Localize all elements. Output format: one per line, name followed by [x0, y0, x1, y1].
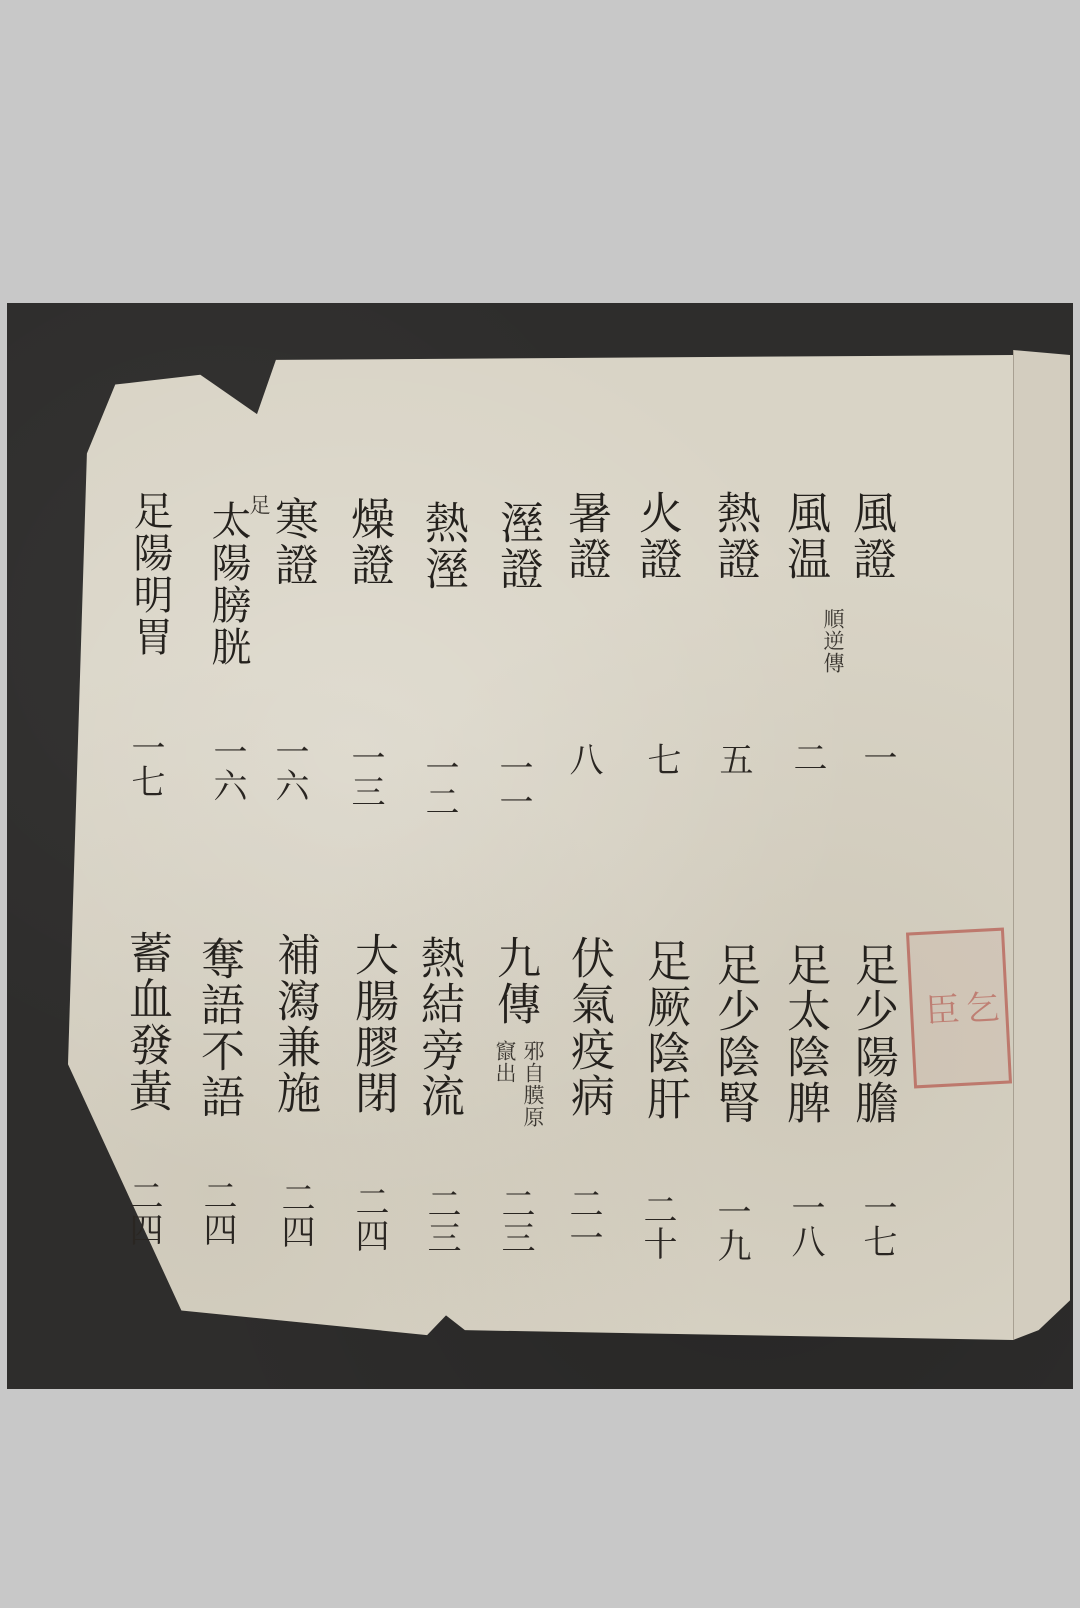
seal-character: 乞: [961, 989, 997, 1025]
toc-page-number: 二三: [498, 1186, 532, 1254]
toc-entry-title: 足少陰腎: [712, 942, 756, 1126]
toc-entry-title: 蓄血發黃: [124, 930, 168, 1114]
toc-entry-note: 邪自膜原: [522, 1040, 543, 1128]
seal-character: 臣: [921, 991, 957, 1027]
toc-entry-title: 暑證: [563, 490, 607, 582]
toc-page-number: 二四: [352, 1184, 386, 1252]
toc-entry-title: 奪語不語: [196, 936, 240, 1120]
toc-page-number: 一六: [272, 734, 306, 802]
toc-page-number: 一八: [788, 1190, 822, 1258]
toc-entry-title: 伏氣疫病: [566, 935, 610, 1119]
toc-page-number: 一三: [348, 740, 382, 808]
toc-entry-title: 熱結旁流: [416, 935, 460, 1119]
toc-page-number: 一七: [860, 1190, 894, 1258]
toc-page-number: 一六: [210, 734, 244, 802]
toc-page-number: 一九: [714, 1194, 748, 1262]
next-page-edge: [1013, 350, 1070, 1340]
toc-entry-title: 足陽明胃: [130, 490, 170, 658]
toc-entry-title: 火證: [634, 490, 678, 582]
toc-entry-title: 九傳: [492, 935, 536, 1027]
toc-page-number: 七: [644, 742, 678, 776]
toc-page-number: 五: [716, 742, 750, 776]
toc-page-number: 二三: [424, 1186, 458, 1254]
toc-entry-title: 足厥陰肝: [642, 938, 686, 1122]
toc-entry-title: 寒證: [270, 496, 314, 588]
toc-entry-title: 足少陽膽: [850, 942, 894, 1126]
toc-page-number: 一: [860, 740, 894, 774]
toc-entry-title: 燥證: [346, 496, 390, 588]
toc-entry-title: 太陽膀胱: [208, 500, 248, 668]
toc-entry-prefix-note: 足: [248, 494, 269, 516]
toc-entry-title: 足太陰脾: [782, 942, 826, 1126]
red-seal-stamp: 乞 臣: [906, 928, 1012, 1089]
toc-entry-title: 熱證: [712, 490, 756, 582]
toc-entry-title: 風温: [782, 490, 826, 582]
toc-entry-note: 竄出: [494, 1040, 515, 1084]
toc-entry-title: 大腸膠閉: [350, 932, 394, 1116]
toc-page-number: 一二: [422, 750, 456, 818]
toc-entry-title: 熱溼: [420, 500, 464, 592]
toc-page-number: 一一: [496, 750, 530, 818]
toc-entry-title: 風證: [848, 490, 892, 582]
toc-page-number: 二一: [566, 1186, 600, 1254]
toc-page-number: 二四: [200, 1178, 234, 1246]
toc-entry-title: 補瀉兼施: [272, 932, 316, 1116]
toc-page-number: 八: [566, 742, 600, 776]
toc-entry-title: 溼證: [495, 500, 539, 592]
toc-page-number: 二: [790, 740, 824, 774]
toc-page-number: 二四: [126, 1178, 160, 1246]
toc-entry-note: 順逆傳: [822, 608, 843, 674]
toc-page-number: 二四: [278, 1180, 312, 1248]
toc-page-number: 一七: [128, 730, 162, 798]
toc-page-number: 二十: [640, 1192, 674, 1260]
